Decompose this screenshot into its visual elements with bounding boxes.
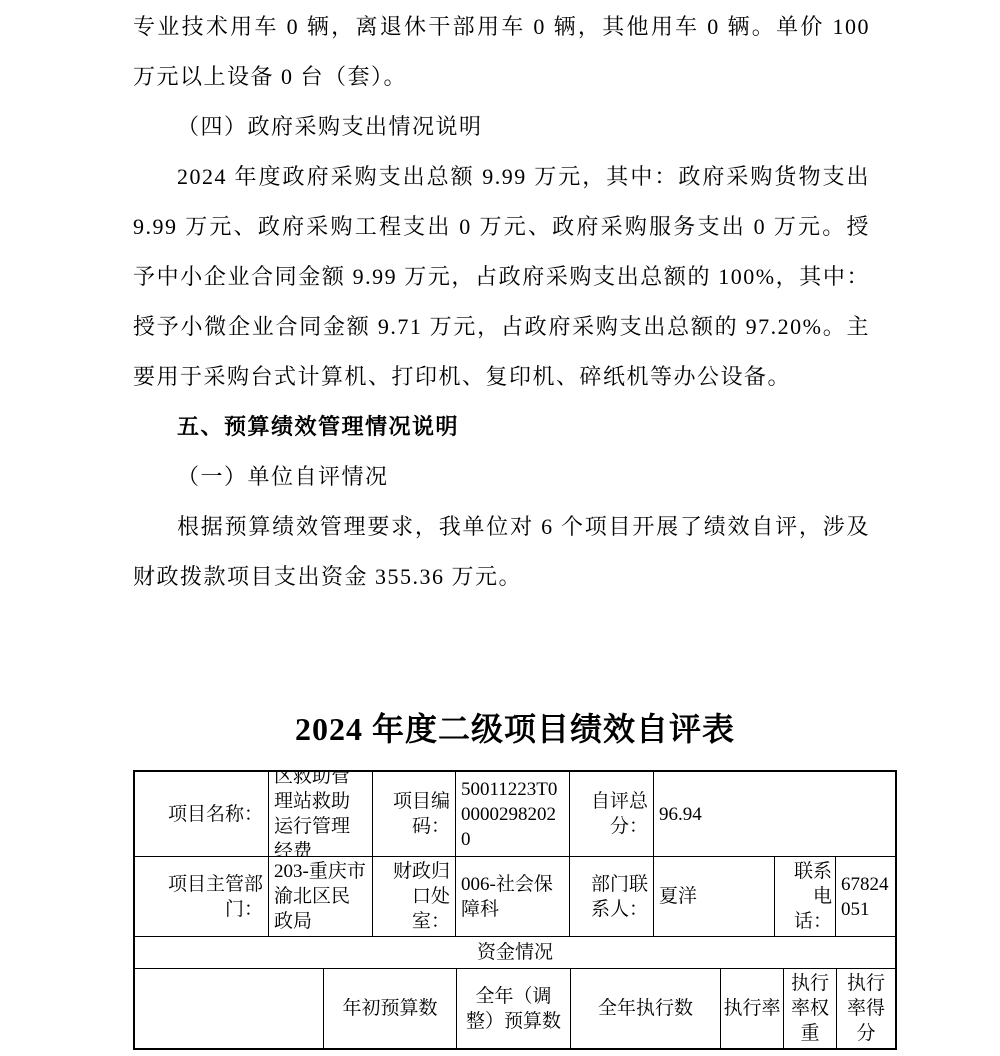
column-header-execution-rate-weight: 执行率权重	[784, 969, 837, 1048]
column-header-execution-rate: 执行率	[721, 969, 784, 1048]
paragraph-procurement-detail: 2024 年度政府采购支出总额 9.99 万元，其中：政府采购货物支出 9.99…	[133, 152, 870, 402]
column-header-execution-rate-score: 执行率得分	[837, 969, 895, 1048]
value-self-score: 96.94	[654, 772, 895, 856]
document-page: 专业技术用车 0 辆，离退休干部用车 0 辆，其他用车 0 辆。单价 100 万…	[0, 0, 1000, 1056]
body-text-block: 专业技术用车 0 辆，离退休干部用车 0 辆，其他用车 0 辆。单价 100 万…	[133, 2, 870, 602]
funding-section-header: 资金情况	[135, 937, 895, 968]
table-row-column-headers: 年初预算数 全年（调整）预算数 全年执行数 执行率 执行率权重 执行率得分	[135, 969, 895, 1048]
label-self-score: 自评总分：	[570, 772, 654, 856]
column-header-initial-budget: 年初预算数	[324, 969, 457, 1048]
table-row-project-info: 项目名称： 区救助管理站救助运行管理经费 项目编码： 50011223T0000…	[135, 772, 895, 857]
label-project-name: 项目名称：	[135, 772, 269, 856]
value-project-name: 区救助管理站救助运行管理经费	[269, 772, 373, 856]
heading-budget-performance: 五、预算绩效管理情况说明	[133, 402, 870, 452]
label-contact-phone: 联系电话：	[775, 857, 836, 936]
subheading-self-evaluation: （一）单位自评情况	[133, 452, 870, 502]
label-contact-person: 部门联系人：	[570, 857, 654, 936]
table-row-department-info: 项目主管部门： 203-重庆市渝北区民政局 财政归口处室： 006-社会保障科 …	[135, 857, 895, 937]
value-contact-phone: 67824051	[836, 857, 895, 936]
column-header-blank	[135, 969, 324, 1048]
table-row-funding-section: 资金情况	[135, 937, 895, 969]
label-project-code: 项目编码：	[373, 772, 456, 856]
label-finance-office: 财政归口处室：	[373, 857, 456, 936]
column-header-adjusted-budget: 全年（调整）预算数	[457, 969, 571, 1048]
value-finance-office: 006-社会保障科	[456, 857, 570, 936]
label-supervising-department: 项目主管部门：	[135, 857, 269, 936]
performance-table: 项目名称： 区救助管理站救助运行管理经费 项目编码： 50011223T0000…	[133, 770, 897, 1050]
subheading-gov-procurement: （四）政府采购支出情况说明	[133, 102, 870, 152]
value-contact-person: 夏洋	[654, 857, 775, 936]
paragraph-self-evaluation-detail: 根据预算绩效管理要求，我单位对 6 个项目开展了绩效自评，涉及财政拨款项目支出资…	[133, 502, 870, 602]
value-supervising-department: 203-重庆市渝北区民政局	[269, 857, 373, 936]
paragraph-vehicles-equipment: 专业技术用车 0 辆，离退休干部用车 0 辆，其他用车 0 辆。单价 100 万…	[133, 2, 870, 102]
column-header-annual-execution: 全年执行数	[571, 969, 721, 1048]
table-title: 2024 年度二级项目绩效自评表	[133, 706, 897, 752]
value-project-code: 50011223T000002982020	[456, 772, 570, 856]
